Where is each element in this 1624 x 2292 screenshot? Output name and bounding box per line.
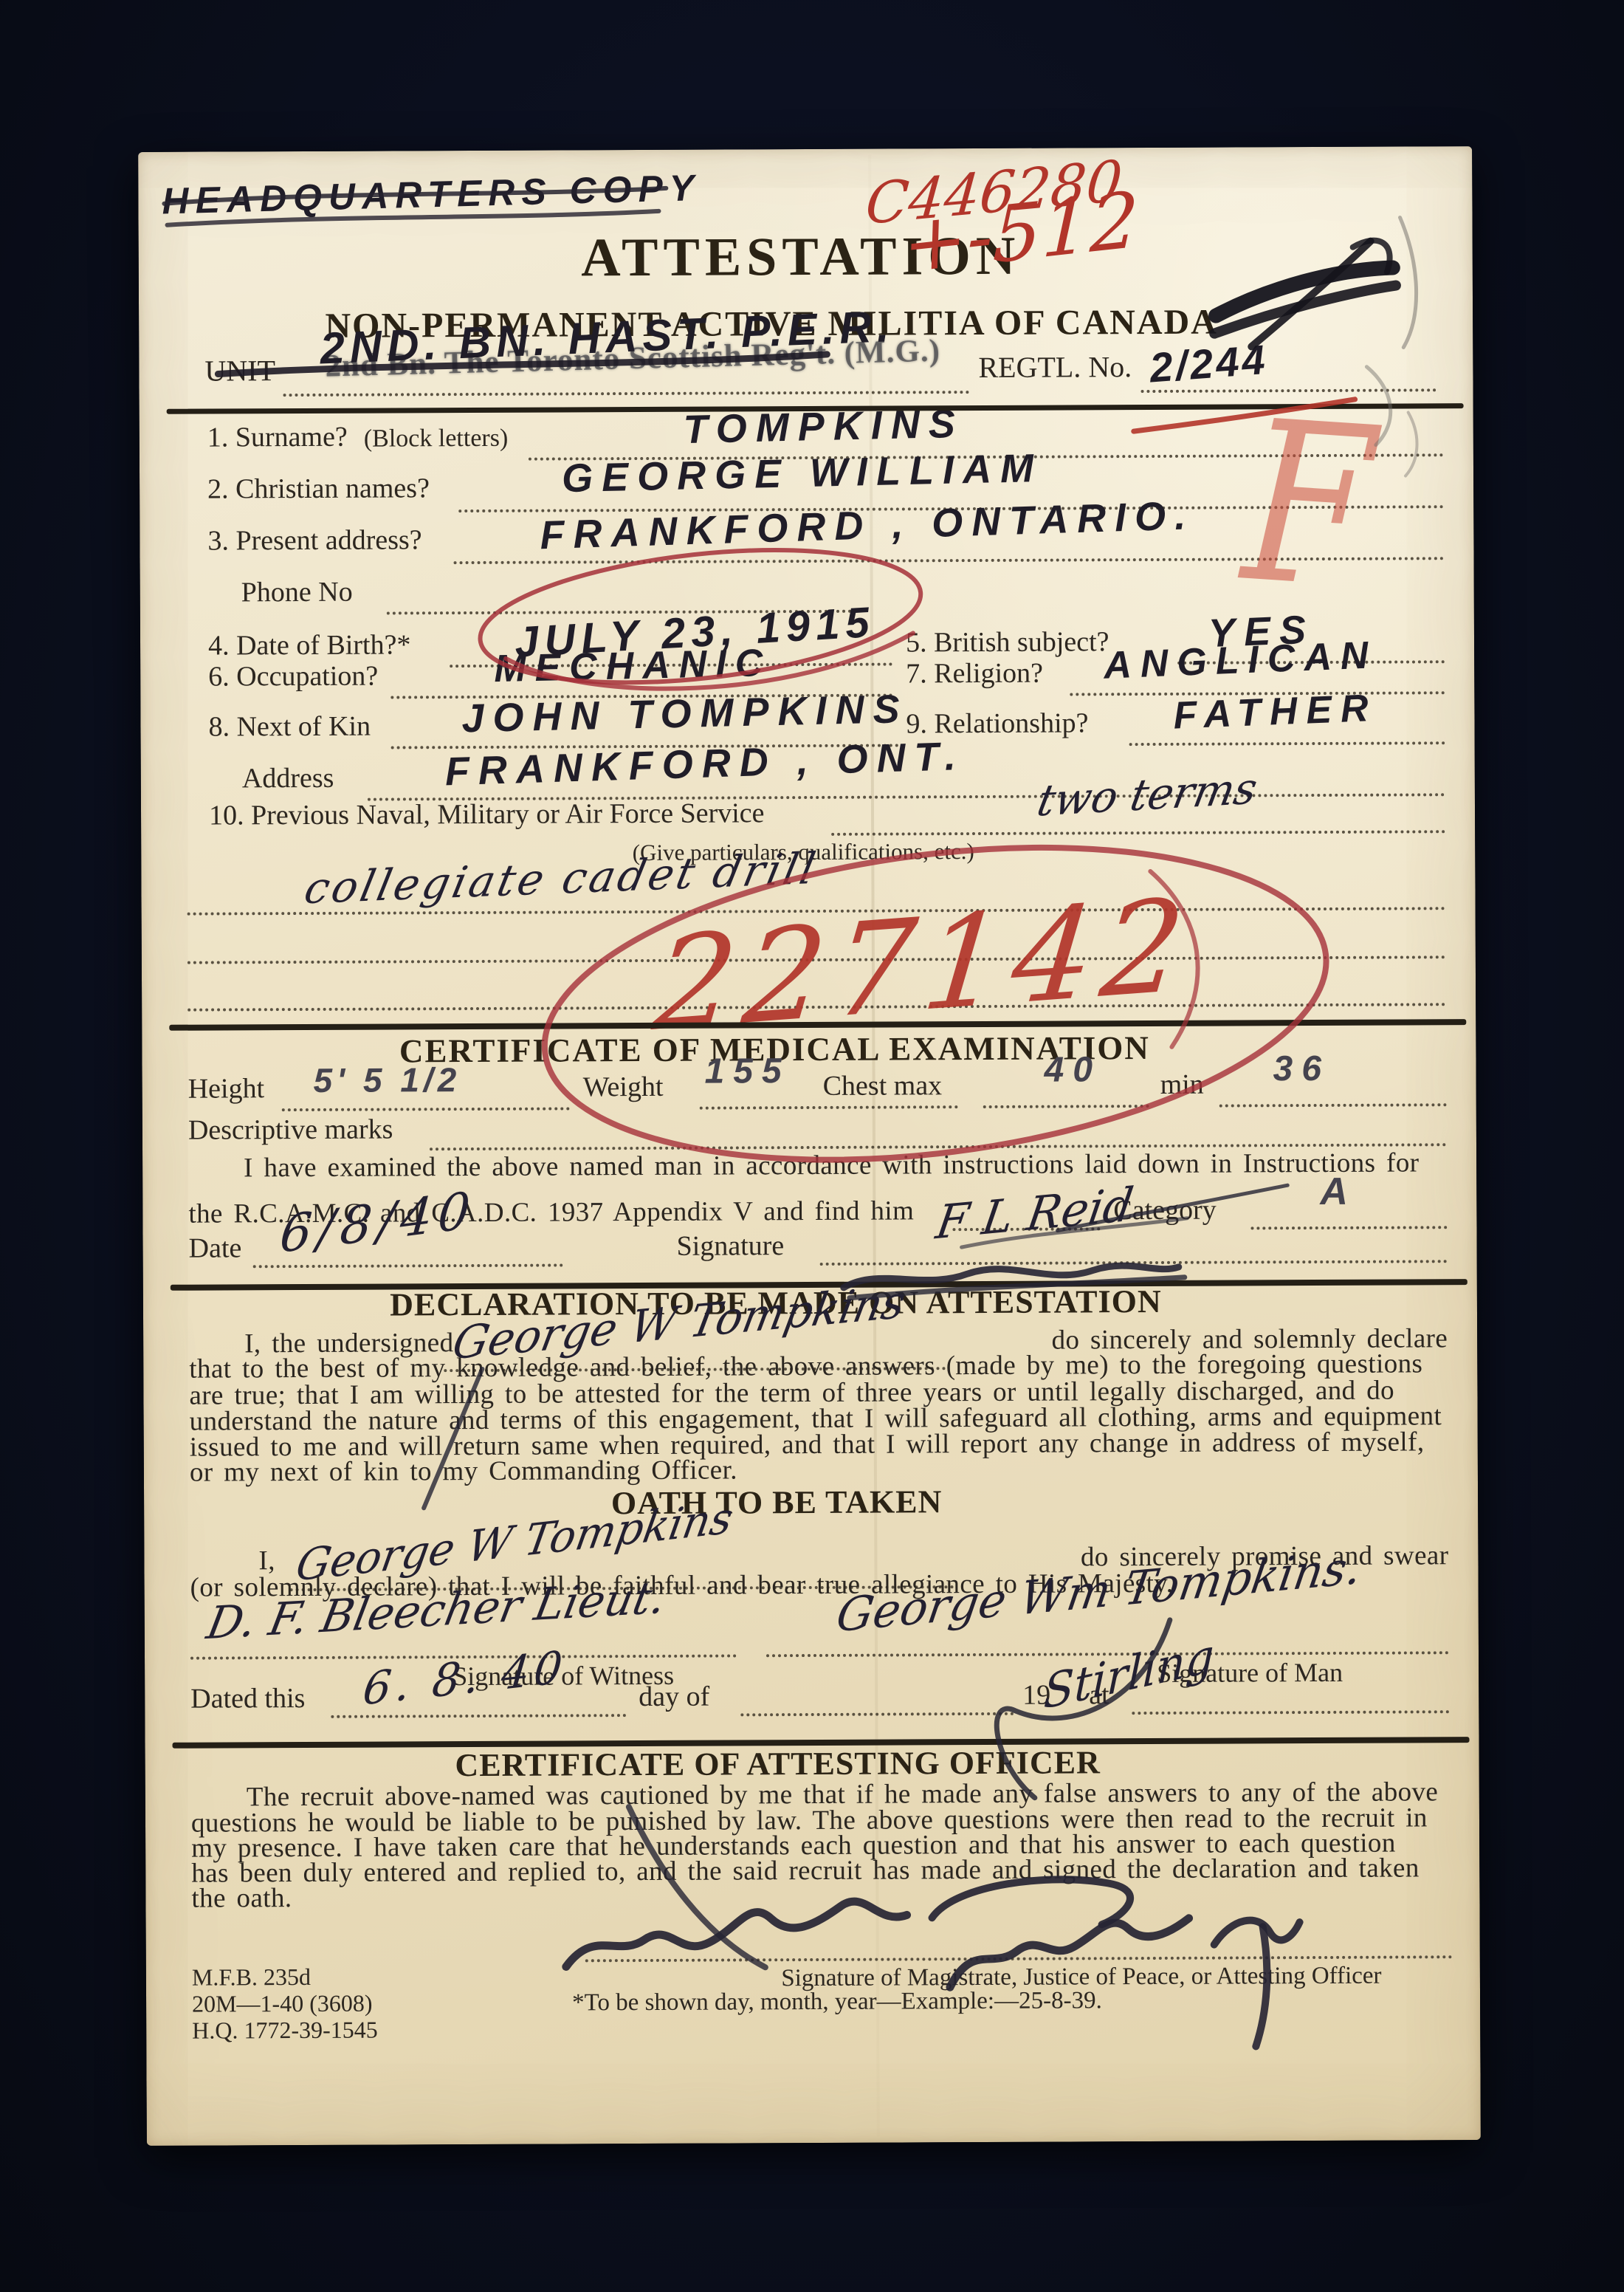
magistrate-signature-descender xyxy=(1256,1926,1267,2046)
pencil-mark xyxy=(1366,367,1391,445)
scan-background: HEADQUARTERS COPY C446280 ATTESTATION +-… xyxy=(0,0,1624,2292)
man-signature-flourish xyxy=(997,1620,1171,1798)
magistrate-signature-scrawl xyxy=(932,1879,1130,1925)
magistrate-signature-scrawl xyxy=(565,1901,906,1967)
hq-strike-1 xyxy=(164,188,666,204)
attestation-form-scan: HEADQUARTERS COPY C446280 ATTESTATION +-… xyxy=(0,0,1624,2292)
magistrate-signature-scrawl xyxy=(1214,1920,1300,1944)
service-number-red-circle xyxy=(526,806,1344,1201)
dob-red-circle xyxy=(474,530,928,701)
hq-strike-2 xyxy=(167,211,658,225)
category-strike xyxy=(1057,1185,1287,1230)
pencil-mark xyxy=(1405,412,1417,476)
declaration-signature-descender xyxy=(423,1369,483,1508)
service-number-circle-overlap xyxy=(1150,871,1198,1047)
regtl-strike-red xyxy=(1134,399,1355,431)
stamp-strike xyxy=(218,354,827,374)
signature-flourish xyxy=(961,1218,1187,1247)
ink-overlay xyxy=(0,0,1624,2292)
pencil-mark xyxy=(1400,217,1417,347)
magistrate-signature-scrawl xyxy=(950,1918,1189,1987)
dob-red-circle-overlap xyxy=(506,633,913,689)
